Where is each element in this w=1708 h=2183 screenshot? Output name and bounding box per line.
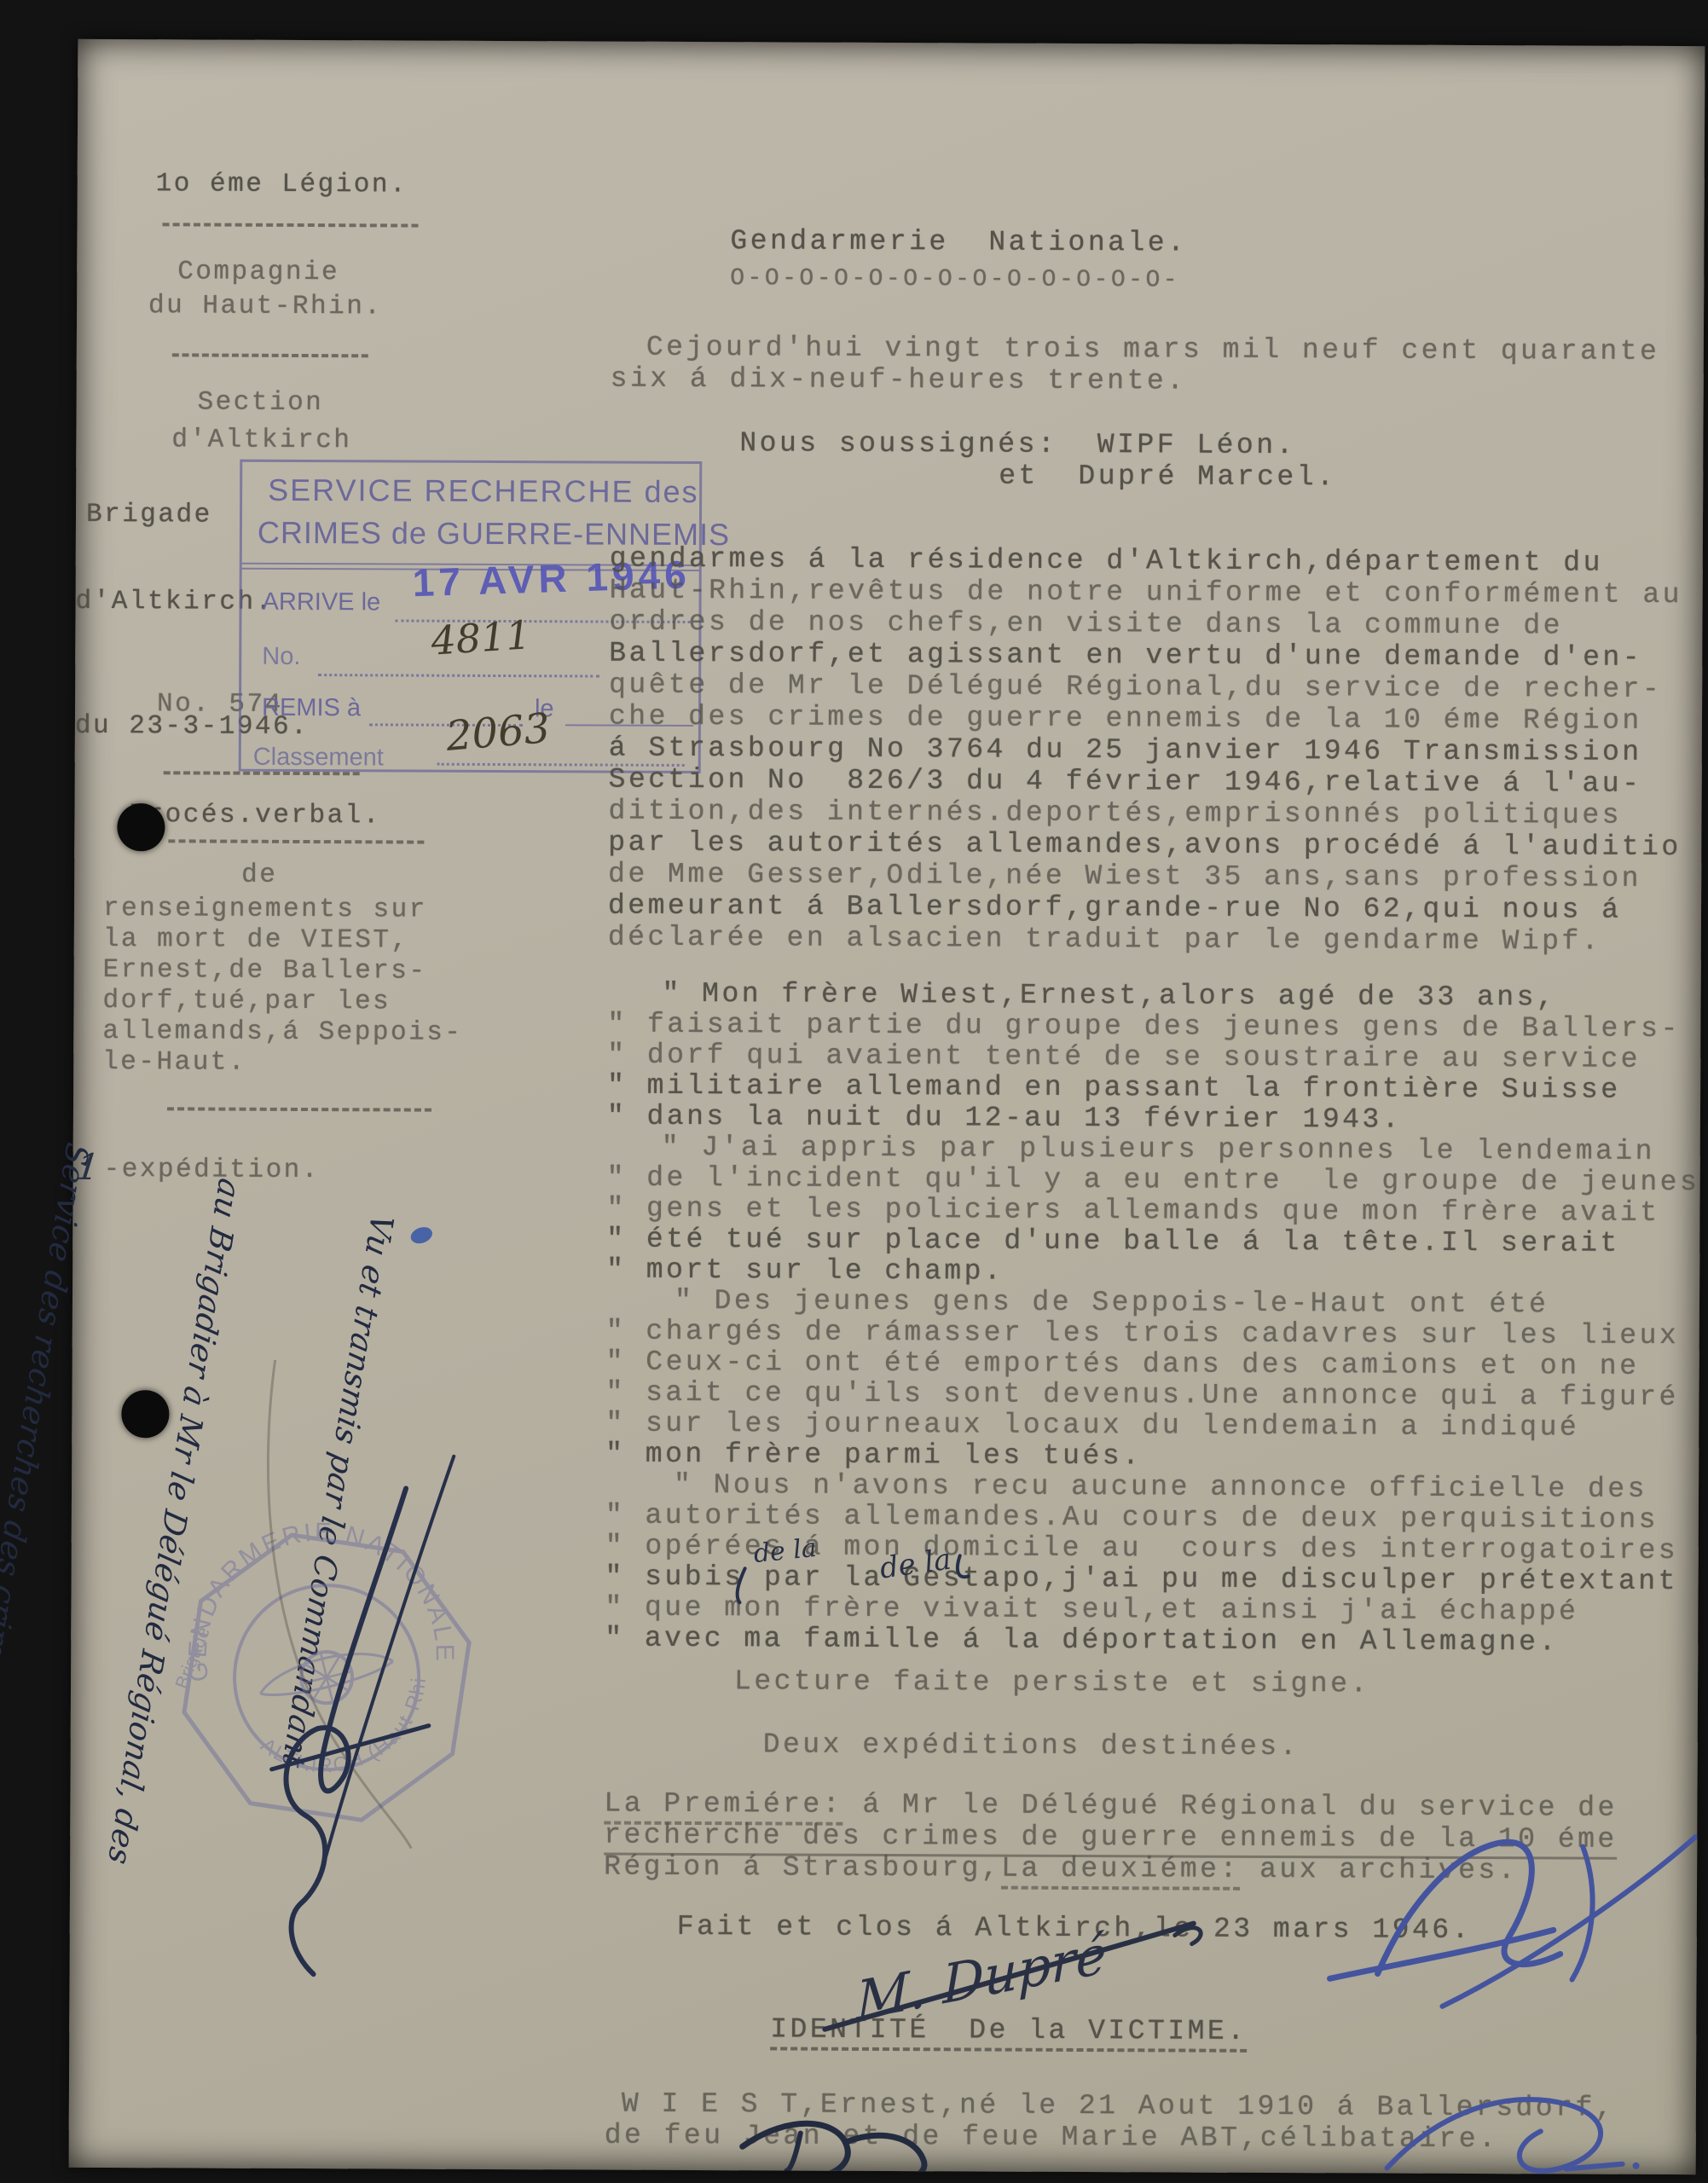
victime-line-1: W I E S T,Ernest,né le 21 Aout 1910 á Ba…: [622, 2088, 1615, 2124]
para1-line-1: Haut-Rhin,revêtus de notre uniforme et c…: [610, 575, 1683, 611]
para1-line-7: Section No 826/3 du 4 février 1946,relat…: [609, 764, 1642, 800]
company-underline: [172, 353, 368, 357]
quote-line-4: " dans la nuit du 12-au 13 février 1943.: [607, 1101, 1402, 1136]
pv-line-5: le-Haut.: [102, 1047, 246, 1078]
pv-line-2: Ernest,de Ballers-: [103, 955, 427, 987]
gendarmerie-separator: O-O-O-O-O-O-O-O-O-O-O-O-O-: [730, 265, 1180, 293]
para1-line-2: ordres de nos chefs,en visite dans la co…: [609, 606, 1563, 642]
quote-line-9: " mort sur le champ.: [606, 1254, 1004, 1288]
para1-line-10: de Mme Gesser,Odile,née Wiest 35 ans,san…: [608, 859, 1641, 895]
brigade-line1: Brigade: [86, 500, 212, 530]
quote-line-0: " Mon frère Wiest,Ernest,alors agé de 33…: [662, 978, 1556, 1014]
gendarmerie-heading: Gendarmerie Nationale.: [730, 225, 1187, 258]
section-line2: d'Altkirch: [171, 425, 351, 455]
note-line-2: au Brigadier à Mr le Délégué Régional, d…: [71, 1173, 256, 2010]
premiere-line1: La Premiére: á Mr le Délégué Régional du…: [604, 1788, 1618, 1824]
premiere-rest: á Mr le Délégué Régional du service de: [842, 1789, 1618, 1824]
correction-insert-1: de la: [752, 1533, 818, 1569]
pv-line-3: dorf,tué,par les: [102, 986, 391, 1016]
registry-number-hand: 4811: [430, 611, 532, 664]
stamp-service-line1: SERVICE RECHERCHE des: [268, 472, 699, 510]
quote-line-10: " Des jeunes gens de Seppois-le-Haut ont…: [675, 1285, 1549, 1320]
deuxieme-line: Région á Strasbourg,La deuxiéme: aux arc…: [604, 1851, 1518, 1887]
company-line1: Compagnie: [177, 257, 339, 287]
deuxieme-label: La deuxiéme:: [1001, 1853, 1240, 1891]
punch-hole-top: [117, 803, 165, 851]
stamp-remis-label: REMIS à: [262, 694, 361, 723]
lecture-line: Lecture faite persiste et signe.: [734, 1665, 1370, 1699]
para1-line-8: dition,des internés.deportés,emprisonnés…: [608, 796, 1622, 831]
note-line-1: Vu et transmis par le Commandant: [223, 1209, 408, 2046]
quote-line-15: " mon frère parmi les tués.: [605, 1439, 1142, 1473]
soussignes-line-2: et Dupré Marcel.: [999, 460, 1336, 494]
para1-line-11: demeurant á Ballersdorf,grande-rue No 62…: [608, 890, 1622, 926]
date-line-1: Cejourd'hui vingt trois mars mil neuf ce…: [646, 332, 1660, 368]
stamp-classement-label: Classement: [253, 744, 384, 773]
quote-line-21: " avec ma famille á la déportation en Al…: [605, 1623, 1559, 1659]
legion-underline: [162, 223, 418, 227]
deuxieme-rest: aux archives.: [1240, 1854, 1518, 1886]
para1-line-6: á Strasbourg No 3764 du 25 janvier 1946 …: [609, 732, 1642, 768]
pv-line-0: renseignements sur: [103, 894, 427, 925]
stamp-arrive-label: ARRIVE le: [263, 588, 381, 617]
note-line-3: Service des recherches des crimes de gue…: [0, 1138, 103, 1974]
expeditions-title: Deux expéditions destinées.: [763, 1728, 1300, 1763]
stamp-no-dots: [318, 674, 599, 677]
pv-line-4: allemands,á Seppois-: [102, 1016, 462, 1048]
pv-title: Procés.verbal.: [129, 800, 381, 831]
para1-line-3: Ballersdorf,et agissant en vertu d'une d…: [609, 638, 1642, 674]
para1-line-4: quête de Mr le Délégué Régional,du servi…: [609, 669, 1662, 705]
legion-heading: 1o éme Légion.: [156, 169, 408, 200]
para1-line-0: gendarmes á la résidence d'Altkirch,dépa…: [610, 543, 1603, 579]
classement-number-hand: 2063: [444, 704, 552, 761]
region-prefix: Région á Strasbourg,: [604, 1851, 1001, 1885]
pv-title-underline: [168, 839, 424, 843]
soussignes-line-1: Nous soussignés: WIPF Léon.: [739, 427, 1296, 461]
pv-end-underline: [167, 1107, 431, 1111]
pv-de: de: [241, 860, 277, 890]
victime-line-2: de feu Jean et de feue Marie ABT,célibat…: [605, 2120, 1499, 2156]
premiere-line2: recherche des crimes de guerre ennemis d…: [604, 1820, 1618, 1856]
identite-text: IDENTITÉ De la VICTIME.: [770, 2013, 1247, 2052]
margin-transmission-note: Vu et transmis par le Commandant au Brig…: [0, 1042, 509, 2070]
para1-line-5: che des crimes de guerre ennemis de la 1…: [609, 701, 1642, 737]
quote-line-14: " sur les journeaux locaux du lendemain …: [605, 1408, 1579, 1444]
para1-line-12: déclarée en alsacien traduit par le gend…: [608, 922, 1601, 958]
stamp-no-label: No.: [262, 643, 300, 671]
pv-line-1: la mort de VIEST,: [103, 924, 409, 956]
quote-line-20: " que mon frère vivait seul,et ainsi j'a…: [605, 1592, 1578, 1628]
quote-line-5: " J'ai appris par plusieurs personnes le…: [662, 1132, 1655, 1167]
identite-heading: IDENTITÉ De la VICTIME.: [770, 2013, 1247, 2047]
paper-sheet: 1o éme Légion. Compagnie du Haut-Rhin. S…: [69, 39, 1705, 2174]
quote-line-16: " Nous n'avons recu aucune annonce offic…: [674, 1469, 1647, 1505]
company-line2: du Haut-Rhin.: [148, 291, 382, 321]
scanned-document: 1o éme Légion. Compagnie du Haut-Rhin. S…: [0, 0, 1708, 2183]
date-line-2: six á dix-neuf-heures trente.: [611, 363, 1187, 397]
para1-line-9: par les autorités allemandes,avons procé…: [608, 827, 1682, 863]
section-line1: Section: [198, 387, 324, 418]
